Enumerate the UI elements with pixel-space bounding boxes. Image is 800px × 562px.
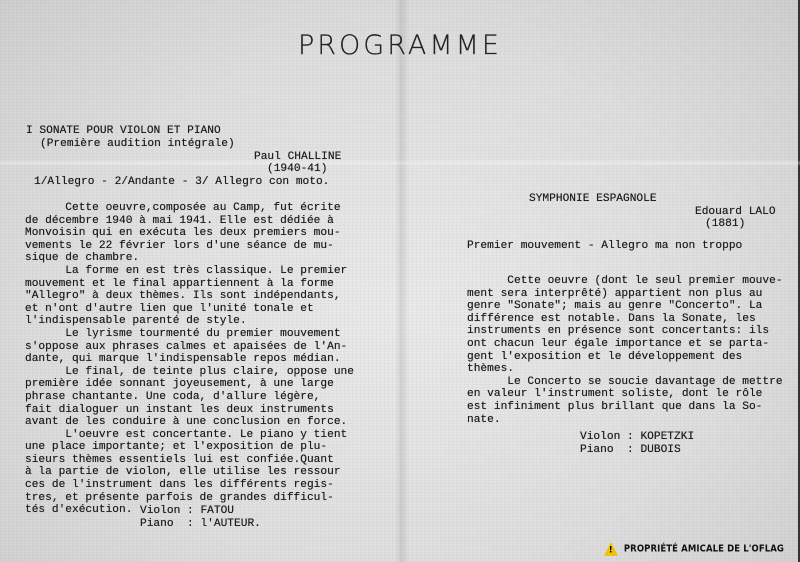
body-line: nate. — [467, 414, 783, 427]
body-line: sique de chambre. — [25, 252, 354, 265]
body-line: Cette oeuvre,composée au Camp, fut écrit… — [25, 202, 354, 215]
performer-name: FATOU — [200, 505, 234, 517]
body-line: phrase chantante. Une coda, d'allure lég… — [25, 391, 354, 404]
page-title: PROGRAMME — [0, 30, 800, 61]
performer-line: Violon : KOPETZKI — [580, 431, 694, 444]
body-line: l'indispensable parenté de style. — [25, 315, 354, 328]
performer-name: DUBOIS — [640, 444, 680, 456]
body-line: avant de les conduire à une conclusion e… — [25, 416, 354, 429]
performer-line: Violon : FATOU — [140, 505, 261, 518]
performer-role: Violon — [140, 505, 180, 517]
body-line: vements le 22 février lors d'une séance … — [25, 240, 354, 253]
body-line: Le final, de teinte plus claire, oppose … — [25, 366, 354, 379]
symphonie-dates: (1881) — [705, 218, 745, 231]
performer-role: Violon — [580, 431, 620, 443]
sonata-dates: (1940-41) — [267, 163, 327, 176]
sonata-composer: Paul CHALLINE — [254, 151, 341, 164]
performer-line: Piano : l'AUTEUR. — [140, 518, 261, 531]
body-line: Le lyrisme tourmenté du premier mouvemen… — [25, 328, 354, 341]
body-line: une place importante; et l'exposition de… — [25, 441, 354, 454]
body-line: thèmes. — [467, 363, 783, 376]
horizontal-crease — [0, 160, 800, 166]
body-line: ces de l'instrument dans les différents … — [25, 479, 354, 492]
watermark-stamp: PROPRIÉTÉ AMICALE DE L'OFLAG — [604, 542, 784, 556]
body-line: instruments en présence sont concertants… — [467, 325, 783, 338]
sonata-description: Cette oeuvre,composée au Camp, fut écrit… — [25, 202, 354, 517]
body-line: Monvoisin qui en exécuta les deux premie… — [25, 227, 354, 240]
sonata-subheading: (Première audition intégrale) — [40, 138, 235, 151]
body-line: genre "Sonate"; mais au genre "Concerto"… — [467, 300, 783, 313]
body-line: est infiniment plus brillant que dans la… — [467, 401, 783, 414]
warning-triangle-icon — [604, 542, 618, 556]
body-line: L'oeuvre est concertante. Le piano y tie… — [25, 429, 354, 442]
sonata-movements: 1/Allegro - 2/Andante - 3/ Allegro con m… — [34, 176, 329, 189]
center-fold — [395, 0, 409, 562]
symphonie-heading: SYMPHONIE ESPAGNOLE — [529, 193, 657, 206]
body-line: en valeur l'instrument soliste, dont le … — [467, 388, 783, 401]
body-line: Cette oeuvre (dont le seul premier mouve… — [467, 275, 783, 288]
body-line: "Allegro" à deux thèmes. Ils sont indépe… — [25, 290, 354, 303]
symphonie-description: Cette oeuvre (dont le seul premier mouve… — [467, 275, 783, 426]
performer-role: Piano — [580, 444, 620, 456]
symphonie-composer: Edouard LALO — [695, 206, 776, 219]
sonata-performers: Violon : FATOUPiano : l'AUTEUR. — [140, 505, 261, 530]
body-line: La forme en est très classique. Le premi… — [25, 265, 354, 278]
body-line: première idée sonnant joyeusement, à une… — [25, 378, 354, 391]
performer-name: l'AUTEUR. — [200, 518, 260, 530]
body-line: tres, et présente parfois de grandes dif… — [25, 492, 354, 505]
watermark-text: PROPRIÉTÉ AMICALE DE L'OFLAG — [624, 543, 784, 555]
body-line: de décembre 1940 à mai 1941. Elle est dé… — [25, 215, 354, 228]
body-line: et n'ont d'autre lien que l'unité tonale… — [25, 303, 354, 316]
body-line: mouvement et le final appartiennent à la… — [25, 278, 354, 291]
performer-name: KOPETZKI — [640, 431, 694, 443]
body-line: différence est notable. Dans la Sonate, … — [467, 313, 783, 326]
body-line: ont chacun leur égale importance et se p… — [467, 338, 783, 351]
symphonie-movement: Premier mouvement - Allegro ma non tropp… — [467, 240, 742, 253]
sonata-heading: I SONATE POUR VIOLON ET PIANO — [26, 125, 221, 138]
body-line: s'oppose aux phrases calmes et apaisées … — [25, 341, 354, 354]
body-line: fait dialoguer un instant les deux instr… — [25, 404, 354, 417]
scanned-programme-page: PROGRAMME I SONATE POUR VIOLON ET PIANO … — [0, 0, 800, 562]
performer-role: Piano — [140, 518, 180, 530]
body-line: dante, qui marque l'indispensable repos … — [25, 353, 354, 366]
body-line: ment sera interprêté) appartient non plu… — [467, 288, 783, 301]
body-line: à la partie de violon, elle utilise les … — [25, 466, 354, 479]
performer-line: Piano : DUBOIS — [580, 444, 694, 457]
body-line: sieurs thèmes essentiels lui est confiée… — [25, 454, 354, 467]
body-line: Le Concerto se soucie davantage de mettr… — [467, 376, 783, 389]
body-line: gent l'exposition et le développement de… — [467, 351, 783, 364]
symphonie-performers: Violon : KOPETZKIPiano : DUBOIS — [580, 431, 694, 456]
